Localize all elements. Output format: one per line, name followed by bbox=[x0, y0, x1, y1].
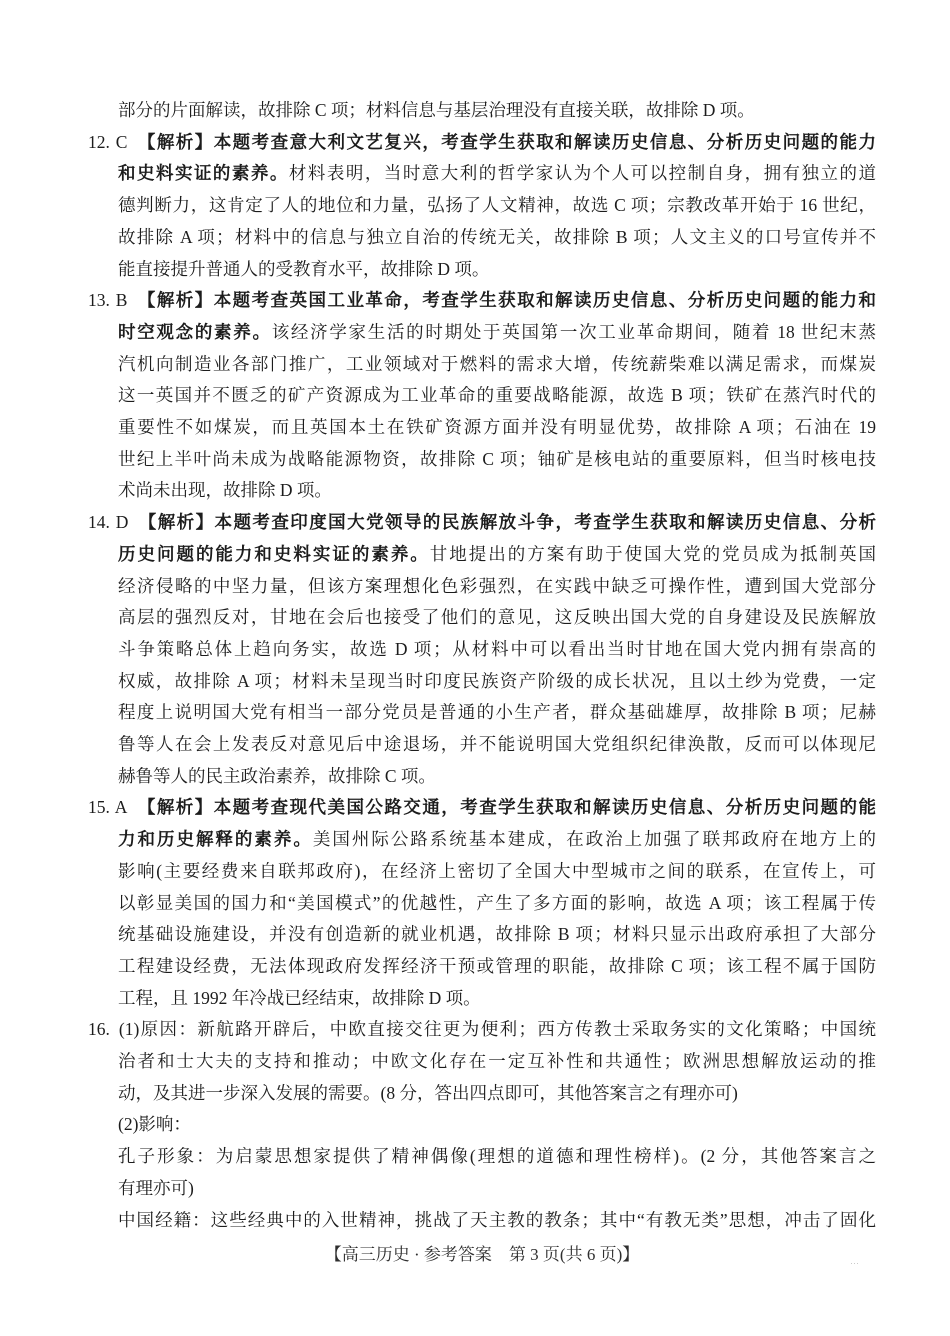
scan-artifact: ⋯ bbox=[850, 1258, 861, 1269]
text-line: 动，及其进一步深入发展的需要。(8 分，答出四点即可，其他答案言之有理亦可) bbox=[118, 1080, 876, 1106]
text-line: 15. A【解析】本题考查现代美国公路交通，考查学生获取和解读历史信息、分析历史… bbox=[88, 794, 876, 820]
analysis-heading-text: 【解析】本题考查现代美国公路交通，考查学生获取和解读历史信息、分析历史问题的能 bbox=[136, 797, 876, 817]
answer-text: 经济侵略的中坚力量，但该方案理想化色彩强烈，在实践中缺乏可操作性，遭到国大党部分 bbox=[118, 576, 876, 596]
text-line: 高层的强烈反对，甘地在会后也接受了他们的意见，这反映出国大党的自身建设及民族解放 bbox=[118, 604, 876, 630]
text-line: 影响(主要经费来自联邦政府)，在经济上密切了全国大中型城市之间的联系，在宣传上，… bbox=[118, 858, 876, 884]
text-line: 斗争策略总体上趋向务实，故选 D 项；从材料中可以看出当时甘地在国大党内拥有崇高… bbox=[118, 636, 876, 662]
document-lines: 部分的片面解读，故排除 C 项；材料信息与基层治理没有直接关联，故排除 D 项。… bbox=[0, 0, 950, 1336]
text-line: 故排除 A 项；材料中的信息与独立自治的传统无关，故排除 B 项；人文主义的口号… bbox=[118, 224, 876, 250]
question-number: 12. C bbox=[88, 132, 127, 152]
text-line: 汽机向制造业各部门推广，工业领域对于燃料的需求大增，传统薪柴难以满足需求，而煤炭 bbox=[118, 351, 876, 377]
question-number: 14. D bbox=[88, 512, 128, 532]
answer-text: (1)原因：新航路开辟后，中欧直接交往更为便利；西方传教士采取务实的文化策略；中… bbox=[119, 1019, 876, 1039]
text-line: 和史料实证的素养。材料表明，当时意大利的哲学家认为个人可以控制自身，拥有独立的道 bbox=[118, 160, 876, 186]
question-number: 13. B bbox=[88, 290, 127, 310]
text-line: 有理亦可) bbox=[118, 1175, 876, 1201]
analysis-heading-text: 【解析】本题考查印度国大党领导的民族解放斗争，考查学生获取和解读历史信息、分析 bbox=[137, 512, 876, 532]
text-line: 13. B【解析】本题考查英国工业革命，考查学生获取和解读历史信息、分析历史问题… bbox=[88, 287, 876, 313]
question-number: 15. A bbox=[88, 797, 127, 817]
answer-text: 该经济学家生活的时期处于英国第一次工业革命期间，随着 18 世纪末蒸 bbox=[272, 322, 876, 342]
answer-text: 中国经籍：这些经典中的入世精神，挑战了天主教的教条；其中“有教无类”思想，冲击了… bbox=[118, 1210, 876, 1230]
answer-text: 美国州际公路系统基本建成，在政治上加强了联邦政府在地方上的 bbox=[313, 829, 876, 849]
answer-text: 部分的片面解读，故排除 C 项；材料信息与基层治理没有直接关联，故排除 D 项。 bbox=[118, 100, 755, 120]
analysis-heading-text: 历史问题的能力和史料实证的素养。 bbox=[118, 544, 430, 564]
text-line: 时空观念的素养。该经济学家生活的时期处于英国第一次工业革命期间，随着 18 世纪… bbox=[118, 319, 876, 345]
text-line: 以彰显美国的国力和“美国模式”的优越性，产生了多方面的影响，故选 A 项；该工程… bbox=[118, 890, 876, 916]
text-line: 世纪上半叶尚未成为战略能源物资，故排除 C 项；铀矿是核电站的重要原料，但当时核… bbox=[118, 446, 876, 472]
answer-text: 影响(主要经费来自联邦政府)，在经济上密切了全国大中型城市之间的联系，在宣传上，… bbox=[118, 861, 876, 881]
text-line: 中国经籍：这些经典中的入世精神，挑战了天主教的教条；其中“有教无类”思想，冲击了… bbox=[118, 1207, 876, 1233]
text-line: 力和历史解释的素养。美国州际公路系统基本建成，在政治上加强了联邦政府在地方上的 bbox=[118, 826, 876, 852]
answer-text: 德判断力，这肯定了人的地位和力量，弘扬了人文精神，故选 C 项；宗教改革开始于 … bbox=[118, 195, 876, 215]
text-line: 这一英国并不匮乏的矿产资源成为工业革命的重要战略能源，故选 B 项；铁矿在蒸汽时… bbox=[118, 382, 876, 408]
text-line: 治者和士大夫的支持和推动；中欧文化存在一定互补性和共通性；欧洲思想解放运动的推 bbox=[118, 1048, 876, 1074]
answer-text: 工程，且 1992 年冷战已经结束，故排除 D 项。 bbox=[118, 988, 481, 1008]
answer-text: 程度上说明国大党有相当一部分党员是普通的小生产者，群众基础雄厚，故排除 B 项；… bbox=[118, 702, 876, 722]
text-line: 统基础设施建设，并没有创造新的就业机遇，故排除 B 项；材料只显示出政府承担了大… bbox=[118, 921, 876, 947]
text-line: 程度上说明国大党有相当一部分党员是普通的小生产者，群众基础雄厚，故排除 B 项；… bbox=[118, 699, 876, 725]
text-line: 14. D【解析】本题考查印度国大党领导的民族解放斗争，考查学生获取和解读历史信… bbox=[88, 509, 876, 535]
answer-text: 动，及其进一步深入发展的需要。(8 分，答出四点即可，其他答案言之有理亦可) bbox=[118, 1083, 738, 1103]
text-line: 16.(1)原因：新航路开辟后，中欧直接交往更为便利；西方传教士采取务实的文化策… bbox=[88, 1016, 876, 1042]
answer-text: (2)影响： bbox=[118, 1114, 191, 1134]
analysis-heading-text: 和史料实证的素养。 bbox=[118, 163, 289, 183]
answer-key-page: 部分的片面解读，故排除 C 项；材料信息与基层治理没有直接关联，故排除 D 项。… bbox=[0, 0, 950, 1336]
text-line: 赫鲁等人的民主政治素养，故排除 C 项。 bbox=[118, 763, 876, 789]
text-line: 工程，且 1992 年冷战已经结束，故排除 D 项。 bbox=[118, 985, 876, 1011]
analysis-heading-text: 【解析】本题考查英国工业革命，考查学生获取和解读历史信息、分析历史问题的能力和 bbox=[136, 290, 876, 310]
answer-text: 能直接提升普通人的受教育水平，故排除 D 项。 bbox=[118, 259, 489, 279]
text-line: 能直接提升普通人的受教育水平，故排除 D 项。 bbox=[118, 256, 876, 282]
text-line: 12. C【解析】本题考查意大利文艺复兴，考查学生获取和解读历史信息、分析历史问… bbox=[88, 129, 876, 155]
text-line: 经济侵略的中坚力量，但该方案理想化色彩强烈，在实践中缺乏可操作性，遭到国大党部分 bbox=[118, 573, 876, 599]
text-line: 孔子形象：为启蒙思想家提供了精神偶像(理想的道德和理性榜样)。(2 分，其他答案… bbox=[118, 1143, 876, 1169]
answer-text: 材料表明，当时意大利的哲学家认为个人可以控制自身，拥有独立的道 bbox=[289, 163, 876, 183]
answer-text: 甘地提出的方案有助于使国大党的党员成为抵制英国 bbox=[430, 544, 876, 564]
answer-text: 高层的强烈反对，甘地在会后也接受了他们的意见，这反映出国大党的自身建设及民族解放 bbox=[118, 607, 876, 627]
question-number: 16. bbox=[88, 1019, 110, 1039]
analysis-heading-text: 时空观念的素养。 bbox=[118, 322, 272, 342]
answer-text: 工程建设经费，无法体现政府发挥经济干预或管理的职能，故排除 C 项；该工程不属于… bbox=[118, 956, 876, 976]
answer-text: 治者和士大夫的支持和推动；中欧文化存在一定互补性和共通性；欧洲思想解放运动的推 bbox=[118, 1051, 876, 1071]
text-line: 德判断力，这肯定了人的地位和力量，弘扬了人文精神，故选 C 项；宗教改革开始于 … bbox=[118, 192, 876, 218]
answer-text: 这一英国并不匮乏的矿产资源成为工业革命的重要战略能源，故选 B 项；铁矿在蒸汽时… bbox=[118, 385, 876, 405]
text-line: 权威，故排除 A 项；材料未呈现当时印度民族资产阶级的成长状况，且以土纱为党费，… bbox=[118, 668, 876, 694]
answer-text: 鲁等人在会上发表反对意见后中途退场，并不能说明国大党组织纪律涣散，反而可以体现尼 bbox=[118, 734, 876, 754]
answer-text: 权威，故排除 A 项；材料未呈现当时印度民族资产阶级的成长状况，且以土纱为党费，… bbox=[118, 671, 876, 691]
answer-text: 斗争策略总体上趋向务实，故选 D 项；从材料中可以看出当时甘地在国大党内拥有崇高… bbox=[118, 639, 876, 659]
answer-text: 故排除 A 项；材料中的信息与独立自治的传统无关，故排除 B 项；人文主义的口号… bbox=[118, 227, 876, 247]
text-line: 部分的片面解读，故排除 C 项；材料信息与基层治理没有直接关联，故排除 D 项。 bbox=[118, 97, 876, 123]
text-line: 工程建设经费，无法体现政府发挥经济干预或管理的职能，故排除 C 项；该工程不属于… bbox=[118, 953, 876, 979]
analysis-heading-text: 力和历史解释的素养。 bbox=[118, 829, 313, 849]
answer-text: 赫鲁等人的民主政治素养，故排除 C 项。 bbox=[118, 766, 436, 786]
analysis-heading-text: 【解析】本题考查意大利文艺复兴，考查学生获取和解读历史信息、分析历史问题的能力 bbox=[136, 132, 876, 152]
answer-text: 有理亦可) bbox=[118, 1178, 194, 1198]
page-footer: 【高三历史 · 参考答案 第 3 页(共 6 页)】 bbox=[88, 1244, 876, 1266]
answer-text: 孔子形象：为启蒙思想家提供了精神偶像(理想的道德和理性榜样)。(2 分，其他答案… bbox=[118, 1146, 876, 1166]
answer-text: 世纪上半叶尚未成为战略能源物资，故排除 C 项；铀矿是核电站的重要原料，但当时核… bbox=[118, 449, 876, 469]
text-line: 术尚未出现，故排除 D 项。 bbox=[118, 477, 876, 503]
text-line: 重要性不如煤炭，而且英国本土在铁矿资源方面并没有明显优势，故排除 A 项；石油在… bbox=[118, 414, 876, 440]
answer-text: 以彰显美国的国力和“美国模式”的优越性，产生了多方面的影响，故选 A 项；该工程… bbox=[118, 893, 876, 913]
answer-text: 重要性不如煤炭，而且英国本土在铁矿资源方面并没有明显优势，故排除 A 项；石油在… bbox=[118, 417, 876, 437]
answer-text: 术尚未出现，故排除 D 项。 bbox=[118, 480, 332, 500]
answer-text: 统基础设施建设，并没有创造新的就业机遇，故排除 B 项；材料只显示出政府承担了大… bbox=[118, 924, 876, 944]
text-line: (2)影响： bbox=[118, 1111, 876, 1137]
text-line: 历史问题的能力和史料实证的素养。甘地提出的方案有助于使国大党的党员成为抵制英国 bbox=[118, 541, 876, 567]
answer-text: 汽机向制造业各部门推广，工业领域对于燃料的需求大增，传统薪柴难以满足需求，而煤炭 bbox=[118, 354, 876, 374]
text-line: 鲁等人在会上发表反对意见后中途退场，并不能说明国大党组织纪律涣散，反而可以体现尼 bbox=[118, 731, 876, 757]
